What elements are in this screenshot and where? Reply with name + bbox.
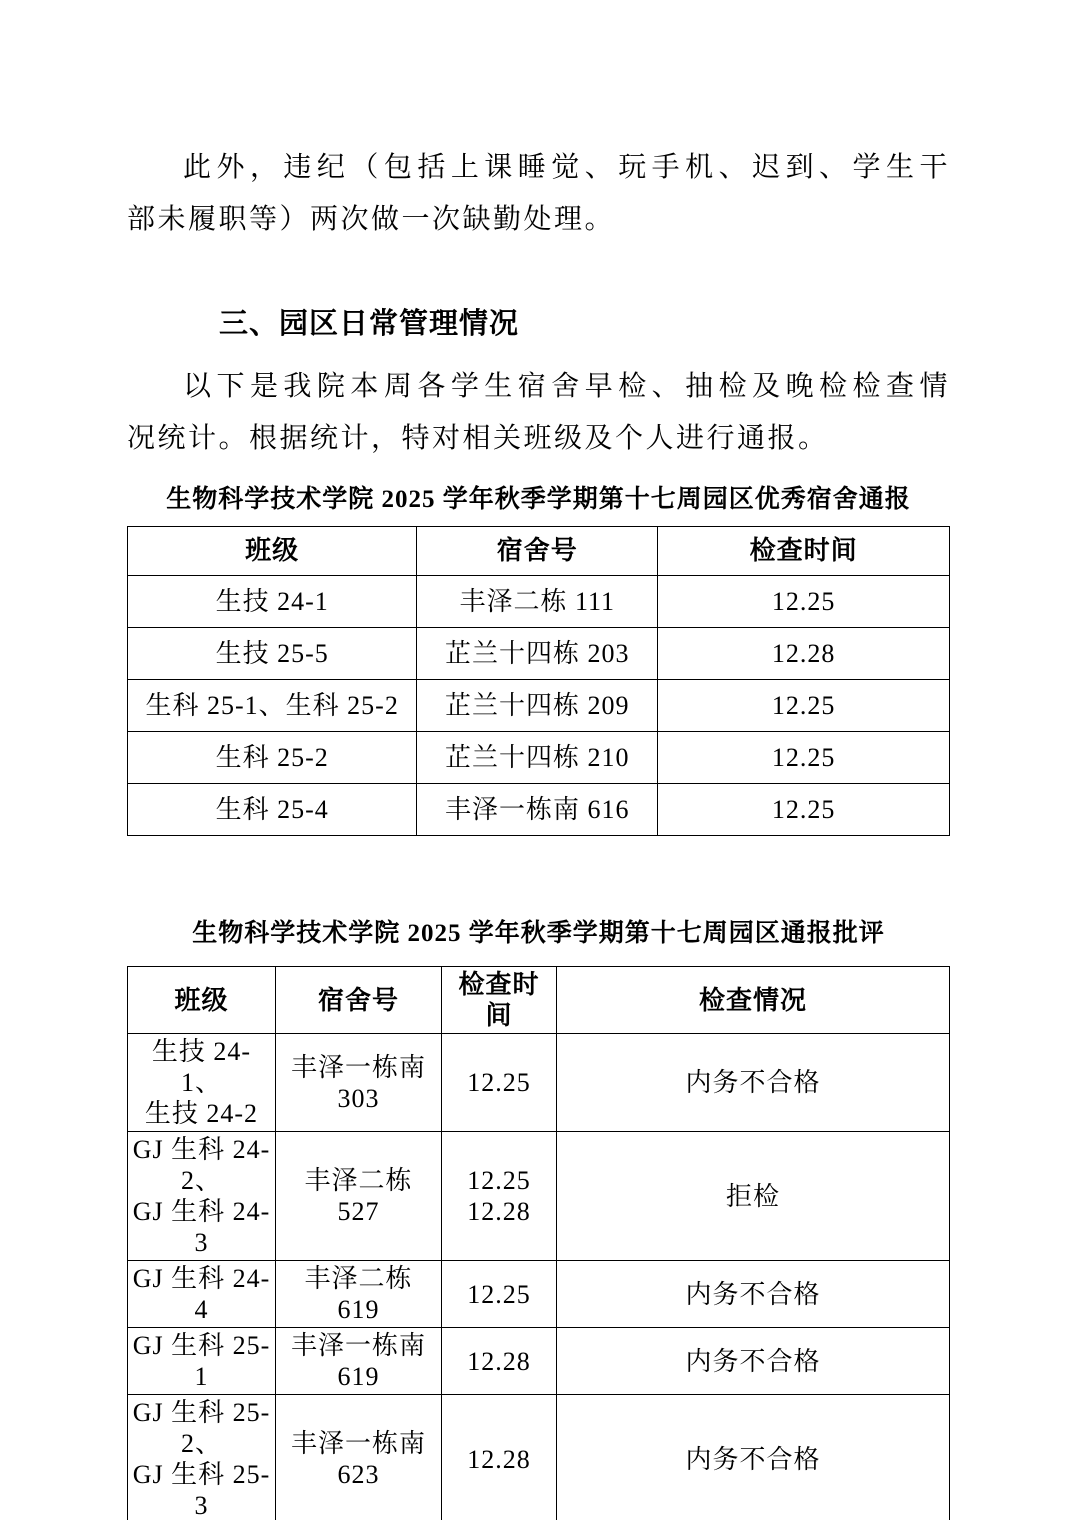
table-row: 生技 24-1、 生技 24-2丰泽一栋南 30312.25内务不合格: [128, 1034, 950, 1132]
column-header: 班级: [128, 967, 276, 1034]
table-cell: 芷兰十四栋 210: [417, 732, 658, 784]
table-cell: GJ 生科 24-2、 GJ 生科 24-3: [128, 1132, 276, 1261]
column-header: 班级: [128, 527, 417, 576]
table-cell: 12.25: [441, 1261, 556, 1328]
table-cell: 生科 25-4: [128, 784, 417, 836]
table-cell: 丰泽一栋南 616: [417, 784, 658, 836]
table-cell: GJ 生科 24-4: [128, 1261, 276, 1328]
column-header: 检查时间: [658, 527, 950, 576]
table-cell: 丰泽二栋 527: [275, 1132, 441, 1261]
column-header: 检查时间: [441, 967, 556, 1034]
table-cell: 内务不合格: [557, 1395, 950, 1520]
document-page: 此外，违纪（包括上课睡觉、玩手机、迟到、学生干 部未履职等）两次做一次缺勤处理。…: [0, 0, 1074, 1520]
table-cell: 12.25: [658, 576, 950, 628]
table-row: GJ 生科 24-2、 GJ 生科 24-3丰泽二栋 52712.25 12.2…: [128, 1132, 950, 1261]
table-row: 生科 25-2芷兰十四栋 21012.25: [128, 732, 950, 784]
criticism-table: 班级宿舍号检查时间检查情况生技 24-1、 生技 24-2丰泽一栋南 30312…: [127, 966, 950, 1520]
table-cell: 丰泽二栋 619: [275, 1261, 441, 1328]
table-cell: 生技 24-1、 生技 24-2: [128, 1034, 276, 1132]
criticism-table-title: 生物科学技术学院 2025 学年秋季学期第十七周园区通报批评: [127, 914, 950, 954]
table-cell: 12.28: [441, 1328, 556, 1395]
table-cell: 丰泽一栋南 619: [275, 1328, 441, 1395]
table-cell: 12.28: [658, 628, 950, 680]
table-row: 生科 25-1、生科 25-2芷兰十四栋 20912.25: [128, 680, 950, 732]
table-cell: 生科 25-1、生科 25-2: [128, 680, 417, 732]
table-row: 生技 24-1丰泽二栋 11112.25: [128, 576, 950, 628]
table-cell: 生科 25-2: [128, 732, 417, 784]
table-cell: 12.28: [441, 1395, 556, 1520]
table-row: 生技 25-5芷兰十四栋 20312.28: [128, 628, 950, 680]
column-header: 检查情况: [557, 967, 950, 1034]
table-cell: GJ 生科 25-2、 GJ 生科 25-3: [128, 1395, 276, 1520]
table-cell: 12.25: [658, 732, 950, 784]
table-header-row: 班级宿舍号检查时间: [128, 527, 950, 576]
table-cell: 丰泽一栋南 623: [275, 1395, 441, 1520]
table-row: GJ 生科 24-4丰泽二栋 61912.25内务不合格: [128, 1261, 950, 1328]
paragraph-discipline-line-2: 部未履职等）两次做一次缺勤处理。: [127, 194, 950, 246]
table-cell: 丰泽一栋南 303: [275, 1034, 441, 1132]
table-cell: 生技 24-1: [128, 576, 417, 628]
table-cell: 芷兰十四栋 209: [417, 680, 658, 732]
table-cell: 12.25: [658, 680, 950, 732]
table-row: GJ 生科 25-2、 GJ 生科 25-3丰泽一栋南 62312.28内务不合…: [128, 1395, 950, 1520]
column-header: 宿舍号: [275, 967, 441, 1034]
table-cell: 内务不合格: [557, 1261, 950, 1328]
table-row: GJ 生科 25-1丰泽一栋南 61912.28内务不合格: [128, 1328, 950, 1395]
table-cell: 丰泽二栋 111: [417, 576, 658, 628]
excellent-table-title: 生物科学技术学院 2025 学年秋季学期第十七周园区优秀宿舍通报: [127, 480, 950, 520]
table-cell: 12.25: [441, 1034, 556, 1132]
table-cell: 芷兰十四栋 203: [417, 628, 658, 680]
table-cell: 拒检: [557, 1132, 950, 1261]
table-cell: 生技 25-5: [128, 628, 417, 680]
document-content: 此外，违纪（包括上课睡觉、玩手机、迟到、学生干 部未履职等）两次做一次缺勤处理。…: [0, 0, 1074, 1520]
section-heading: 三、园区日常管理情况: [127, 303, 950, 345]
table-header-row: 班级宿舍号检查时间检查情况: [128, 967, 950, 1034]
table-cell: GJ 生科 25-1: [128, 1328, 276, 1395]
paragraph-intro-line-2: 况统计。根据统计，特对相关班级及个人进行通报。: [127, 413, 950, 465]
table-cell: 12.25 12.28: [441, 1132, 556, 1261]
excellent-dorm-table: 班级宿舍号检查时间生技 24-1丰泽二栋 11112.25生技 25-5芷兰十四…: [127, 526, 950, 836]
table-cell: 内务不合格: [557, 1328, 950, 1395]
table-cell: 内务不合格: [557, 1034, 950, 1132]
paragraph-discipline-line-1: 此外，违纪（包括上课睡觉、玩手机、迟到、学生干: [127, 142, 950, 194]
column-header: 宿舍号: [417, 527, 658, 576]
paragraph-intro-line-1: 以下是我院本周各学生宿舍早检、抽检及晚检检查情: [127, 361, 950, 413]
table-row: 生科 25-4丰泽一栋南 61612.25: [128, 784, 950, 836]
table-cell: 12.25: [658, 784, 950, 836]
